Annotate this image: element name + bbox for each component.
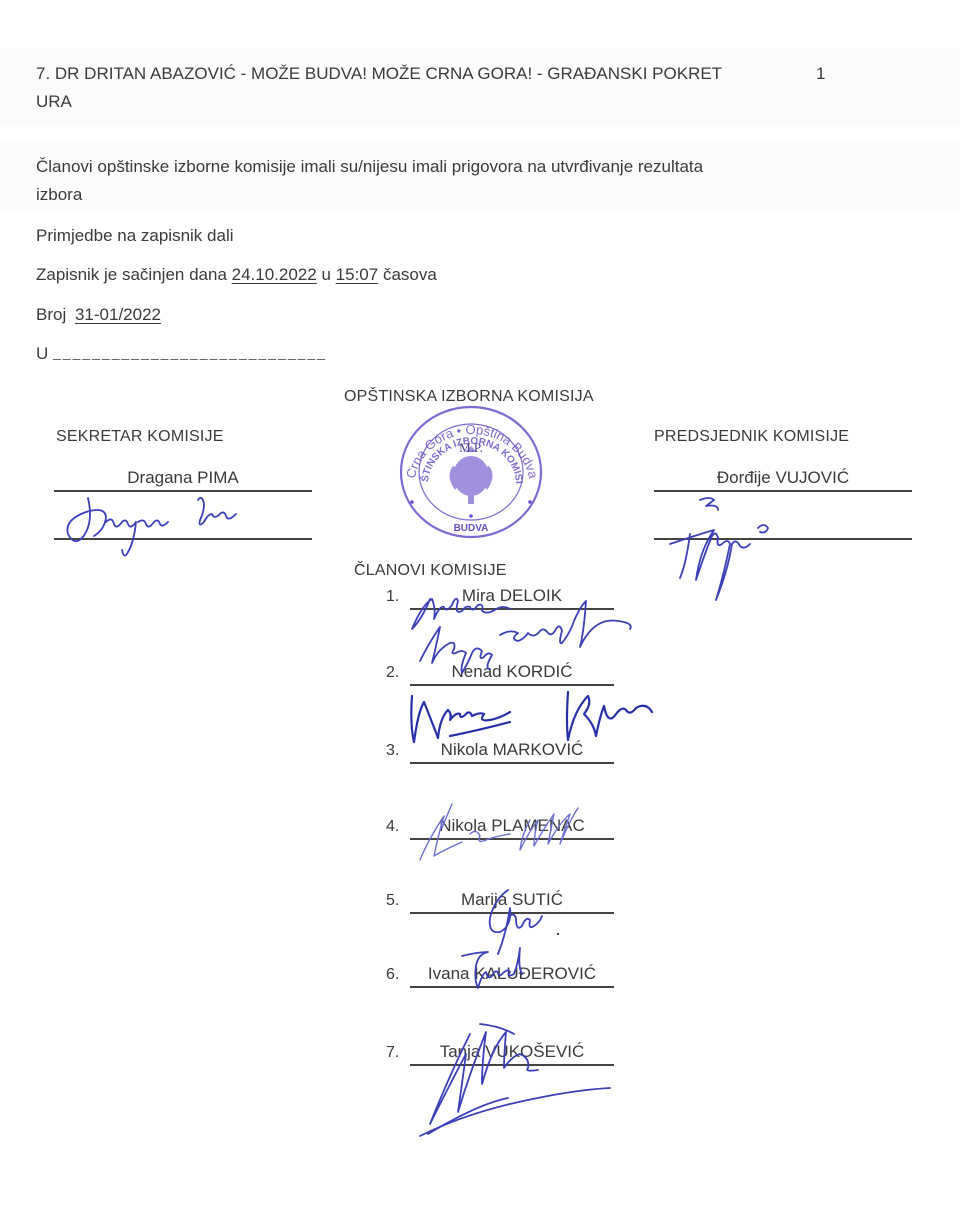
candidate-line: 7. DR DRITAN ABAZOVIĆ - MOŽE BUDVA! MOŽE… — [36, 64, 722, 84]
record-number-label: Broj — [36, 305, 66, 324]
candidate-line-cont: URA — [36, 92, 72, 112]
president-name-line — [654, 490, 912, 492]
member-name: Marija SUTIĆ — [410, 890, 614, 910]
record-made-mid: u — [321, 265, 330, 284]
record-time: 15:07 — [336, 265, 379, 284]
record-made-prefix: Zapisnik je sačinjen dana — [36, 265, 227, 284]
place-field: ____________________________ — [53, 344, 327, 360]
record-made-suffix: časova — [383, 265, 437, 284]
member-number: 3. — [386, 742, 399, 760]
record-made-line: Zapisnik je sačinjen dana 24.10.2022 u 1… — [36, 265, 437, 285]
member-name: Nenad KORDIĆ — [410, 662, 614, 682]
member-name: Tanja VUKOŠEVIĆ — [410, 1042, 614, 1062]
member-7-signature-icon — [400, 1020, 640, 1150]
remarks-text: Primjedbe na zapisnik dali — [36, 226, 234, 246]
president-signature-icon — [660, 494, 860, 614]
president-signature-line — [654, 538, 912, 540]
record-date: 24.10.2022 — [232, 265, 317, 284]
record-number: 31-01/2022 — [71, 305, 165, 324]
member-signature-line — [410, 684, 614, 686]
candidate-votes: 1 — [816, 64, 825, 84]
member-number: 2. — [386, 664, 399, 682]
member-number: 5. — [386, 892, 399, 910]
record-number-line: Broj 31-01/2022 — [36, 305, 165, 325]
member-signature-line — [410, 608, 614, 610]
member-signature-line — [410, 986, 614, 988]
member-name: Ivana KALUĐEROVIĆ — [410, 964, 614, 984]
member-signature-line — [410, 1064, 614, 1066]
member-signature-line — [410, 838, 614, 840]
member-signature-line — [410, 912, 614, 914]
member-number: 7. — [386, 1044, 399, 1062]
secretary-name: Dragana PIMA — [54, 468, 312, 488]
president-name: Đorđije VUJOVIĆ — [654, 468, 912, 488]
secretary-label: SEKRETAR KOMISIJE — [56, 428, 224, 446]
place-line: U ____________________________ — [36, 344, 327, 364]
official-stamp-icon: Crna Gora • Opština Budva OPŠTINSKA IZBO… — [398, 404, 544, 540]
member-name: Mira DELOIK — [410, 586, 614, 606]
scan-band — [0, 48, 960, 126]
objections-text: Članovi opštinske izborne komisije imali… — [36, 157, 703, 177]
stamp-mp-text: M.P. — [459, 440, 483, 455]
secretary-signature-line — [54, 538, 312, 540]
member-number: 6. — [386, 966, 399, 984]
member-4-signature-icon — [400, 800, 640, 880]
member-name: Nikola PLAMENAC — [410, 816, 614, 836]
objections-text-cont: izbora — [36, 185, 82, 205]
member-number: 1. — [386, 588, 399, 606]
president-label: PREDSJEDNIK KOMISIJE — [654, 428, 849, 446]
member-number: 4. — [386, 818, 399, 836]
secretary-signature-icon — [60, 488, 280, 578]
secretary-name-line — [54, 490, 312, 492]
stamp-bottom-text: BUDVA — [454, 523, 489, 534]
member-name: Nikola MARKOVIĆ — [410, 740, 614, 760]
place-label: U — [36, 344, 48, 363]
members-label: ČLANOVI KOMISIJE — [354, 562, 507, 580]
member-signature-line — [410, 762, 614, 764]
